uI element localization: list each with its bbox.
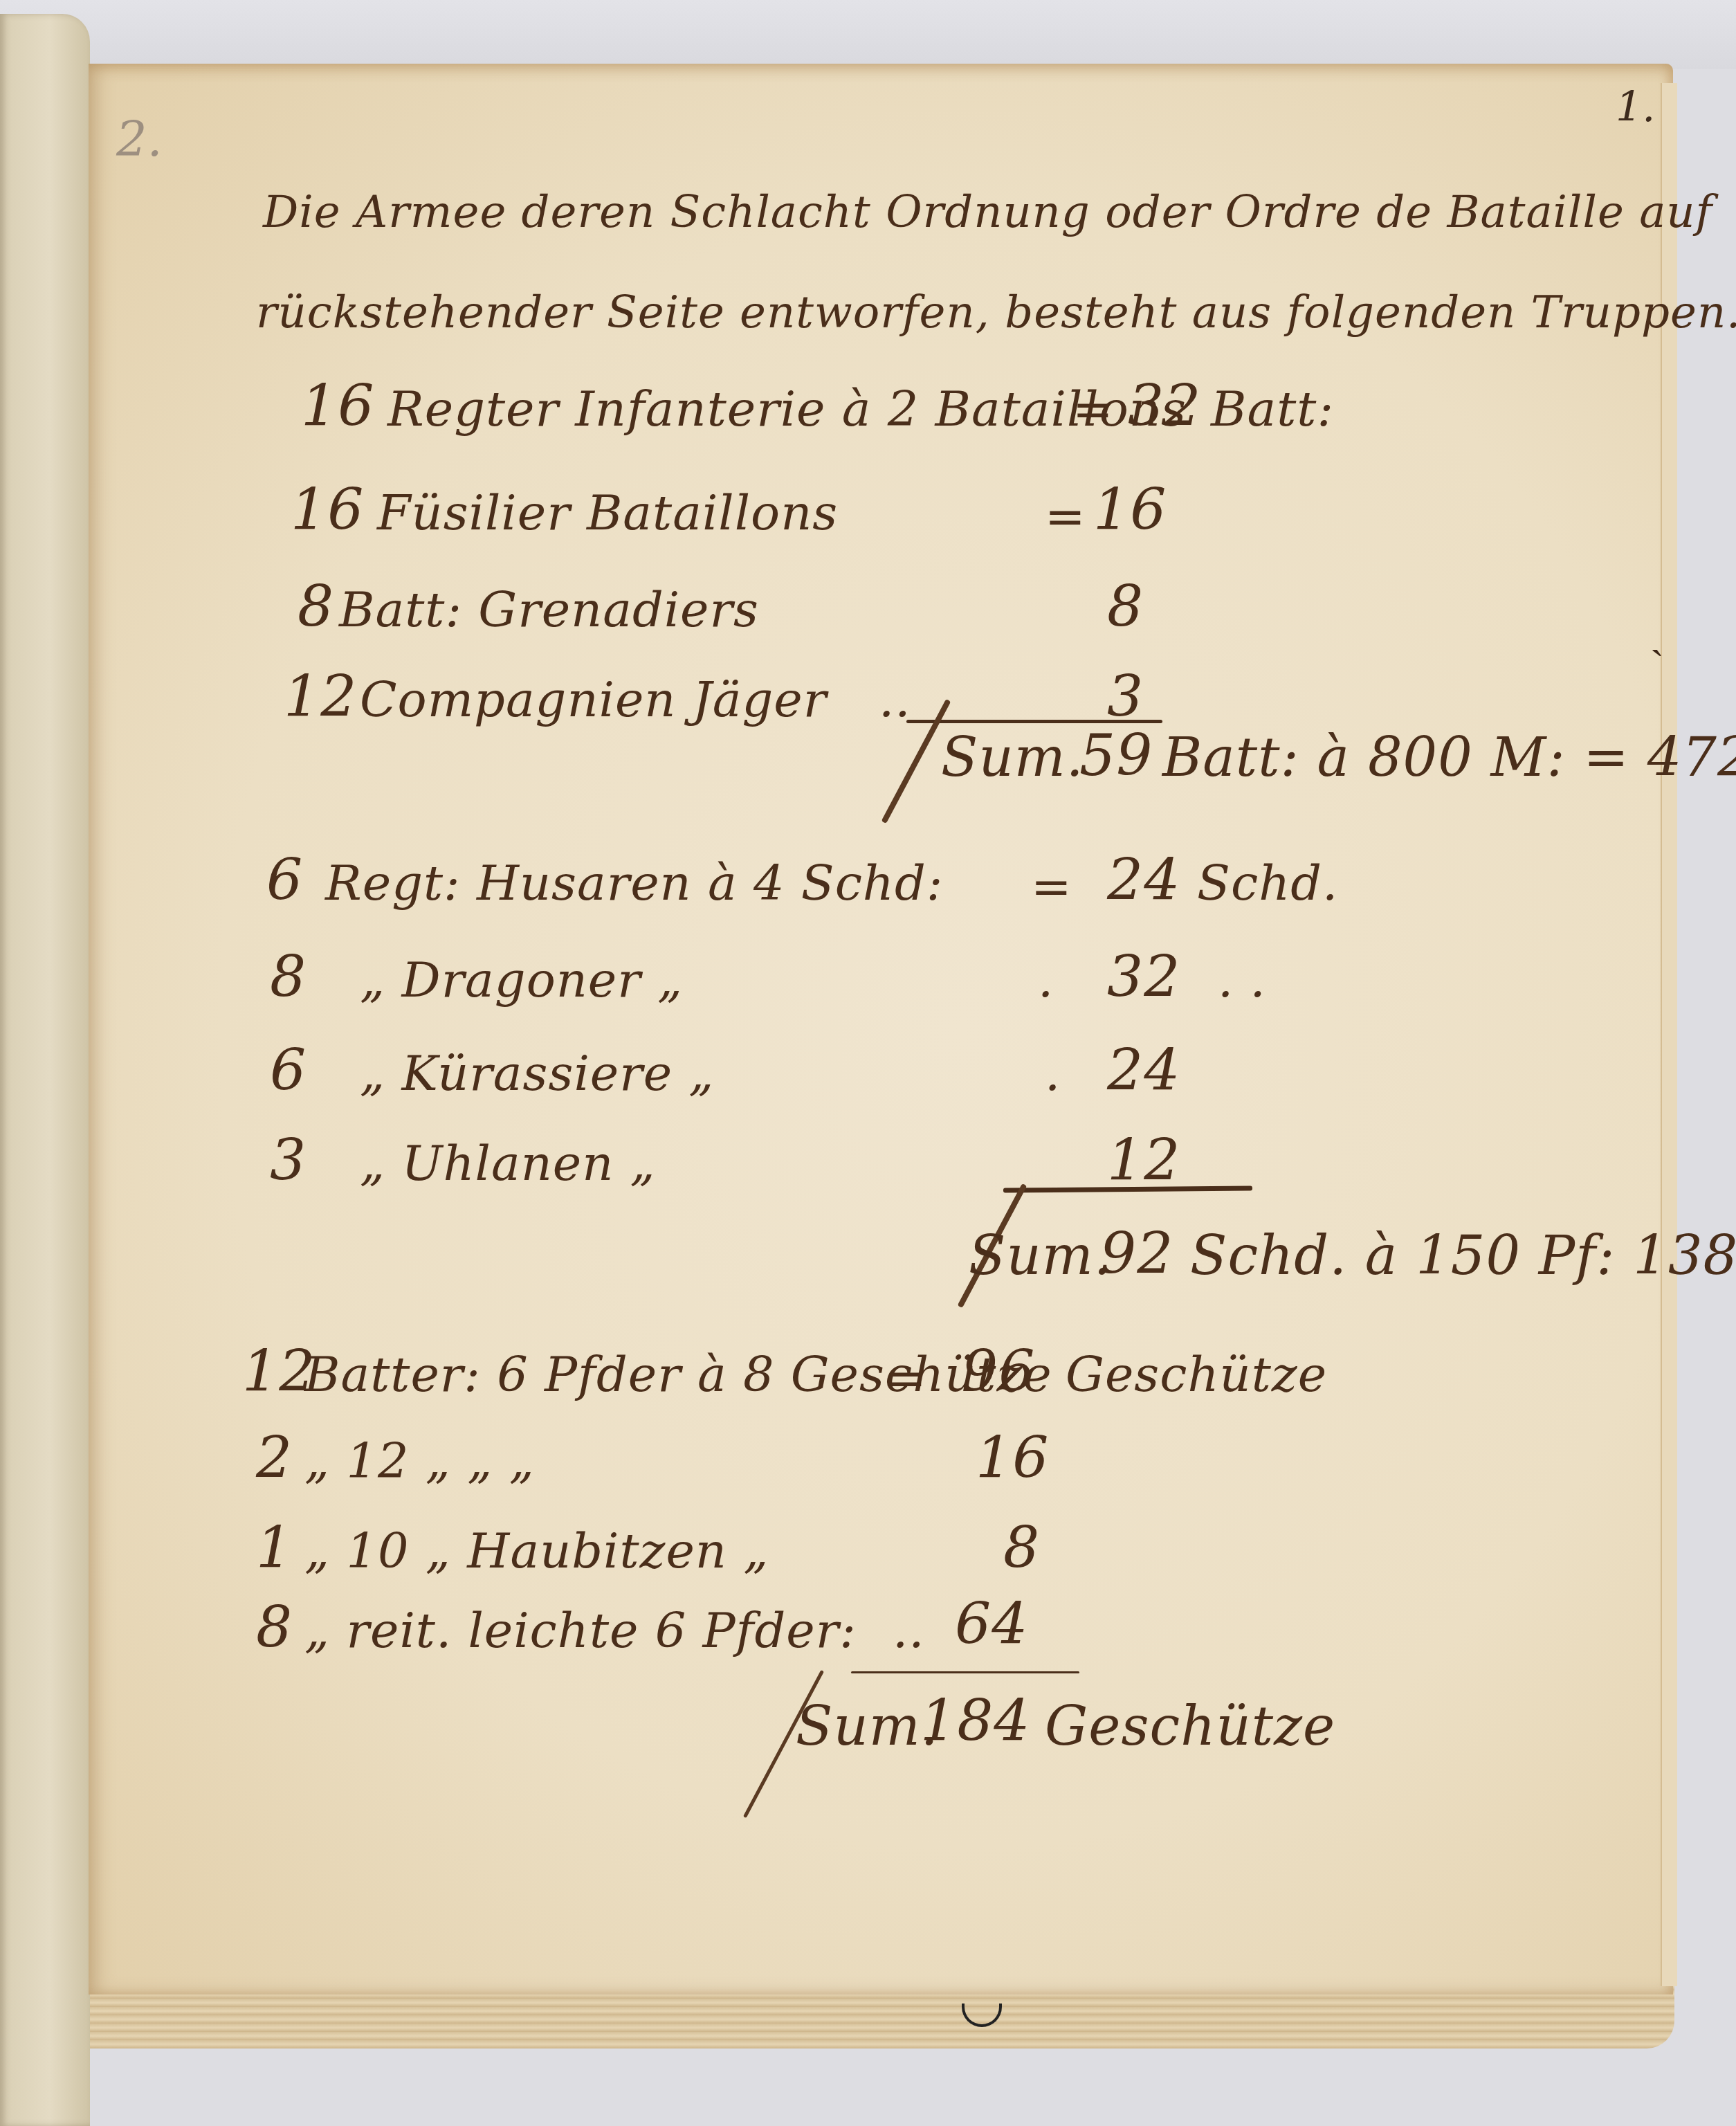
row-label: Batter: 6 Pfder à 8 Geschütze	[304, 1346, 1052, 1403]
row-count: 2	[256, 1426, 293, 1491]
sum-rule	[851, 1671, 1079, 1673]
row-op: =	[1072, 381, 1114, 437]
row-label: „ 12 „ „ „	[304, 1433, 535, 1489]
row-unit: . .	[1218, 952, 1266, 1008]
row-count: 8	[298, 574, 334, 640]
pencil-folio-number: 2.	[116, 111, 163, 167]
row-label: „ Uhlanen „	[360, 1135, 656, 1192]
row-label: Füsilier Bataillons	[377, 484, 838, 541]
sum-prefix: Sum.	[941, 727, 1084, 789]
row-label: Batt: Grenadiers	[339, 581, 759, 638]
sum-text: Schd. à 150 Pf: 13800 Pfd.	[1190, 1225, 1736, 1287]
left-page-leaf	[0, 14, 90, 2126]
row-value: 24	[1107, 1038, 1180, 1104]
row-op: .	[1038, 952, 1054, 1008]
folio-number: 1.	[1616, 83, 1655, 131]
row-op: =	[1031, 858, 1072, 915]
margin-ink-mark: ˏ	[1650, 609, 1664, 657]
row-op: ..	[893, 1602, 925, 1659]
row-label: „ reit. leichte 6 Pfder:	[304, 1602, 857, 1659]
row-count: 16	[291, 478, 364, 543]
row-value: 16	[976, 1426, 1049, 1491]
row-label: „ Kürassiere „	[360, 1045, 715, 1102]
row-count: 6	[266, 848, 303, 914]
row-op: =	[1045, 488, 1086, 545]
row-value: 32	[1107, 945, 1180, 1010]
sum-text: Geschütze	[1045, 1696, 1335, 1758]
sum-value: 92	[1100, 1221, 1173, 1287]
intro-line-2: rückstehender Seite entworfen, besteht a…	[256, 287, 1736, 338]
row-label: Compagnien Jäger	[360, 671, 827, 728]
row-count: 8	[256, 1595, 293, 1661]
sum-prefix: Sum.	[969, 1225, 1111, 1287]
row-op: .	[1045, 1045, 1061, 1102]
row-value: 24	[1107, 848, 1180, 914]
row-label: Regter Infanterie à 2 Bataillons	[387, 381, 1187, 437]
row-op: =	[886, 1350, 927, 1406]
row-value: 16	[1093, 478, 1167, 543]
page-fore-edge	[1661, 83, 1677, 1986]
sum-value: 59	[1079, 723, 1153, 789]
row-value: 8	[1003, 1516, 1040, 1581]
row-value: 96	[962, 1339, 1035, 1405]
row-unit: Schd.	[1197, 855, 1338, 911]
row-count: 8	[270, 945, 307, 1010]
backdrop	[0, 0, 1736, 69]
intro-line-1: Die Armee deren Schlacht Ordnung oder Or…	[263, 187, 1712, 238]
sum-value: 184	[920, 1689, 1031, 1754]
sum-prefix: Sum.	[796, 1696, 938, 1758]
row-value: 64	[955, 1592, 1028, 1657]
row-count: 6	[270, 1038, 307, 1104]
row-value: 32	[1128, 374, 1201, 439]
row-value: 12	[1107, 1128, 1180, 1194]
row-unit: Geschütze	[1066, 1346, 1327, 1403]
row-count: 12	[284, 664, 357, 730]
row-count: 3	[270, 1128, 307, 1194]
row-count: 16	[301, 374, 374, 439]
sum-text: Batt: à 800 M: = 47200.	[1162, 727, 1736, 789]
row-value: 8	[1107, 574, 1144, 640]
row-label: Regt: Husaren à 4 Schd:	[325, 855, 943, 911]
row-count: 1	[256, 1516, 293, 1581]
row-label: „ 10 „ Haubitzen „	[304, 1523, 769, 1579]
row-op: ..	[879, 671, 911, 728]
row-label: „ Dragoner „	[360, 952, 683, 1008]
row-unit: Batt:	[1211, 381, 1334, 437]
